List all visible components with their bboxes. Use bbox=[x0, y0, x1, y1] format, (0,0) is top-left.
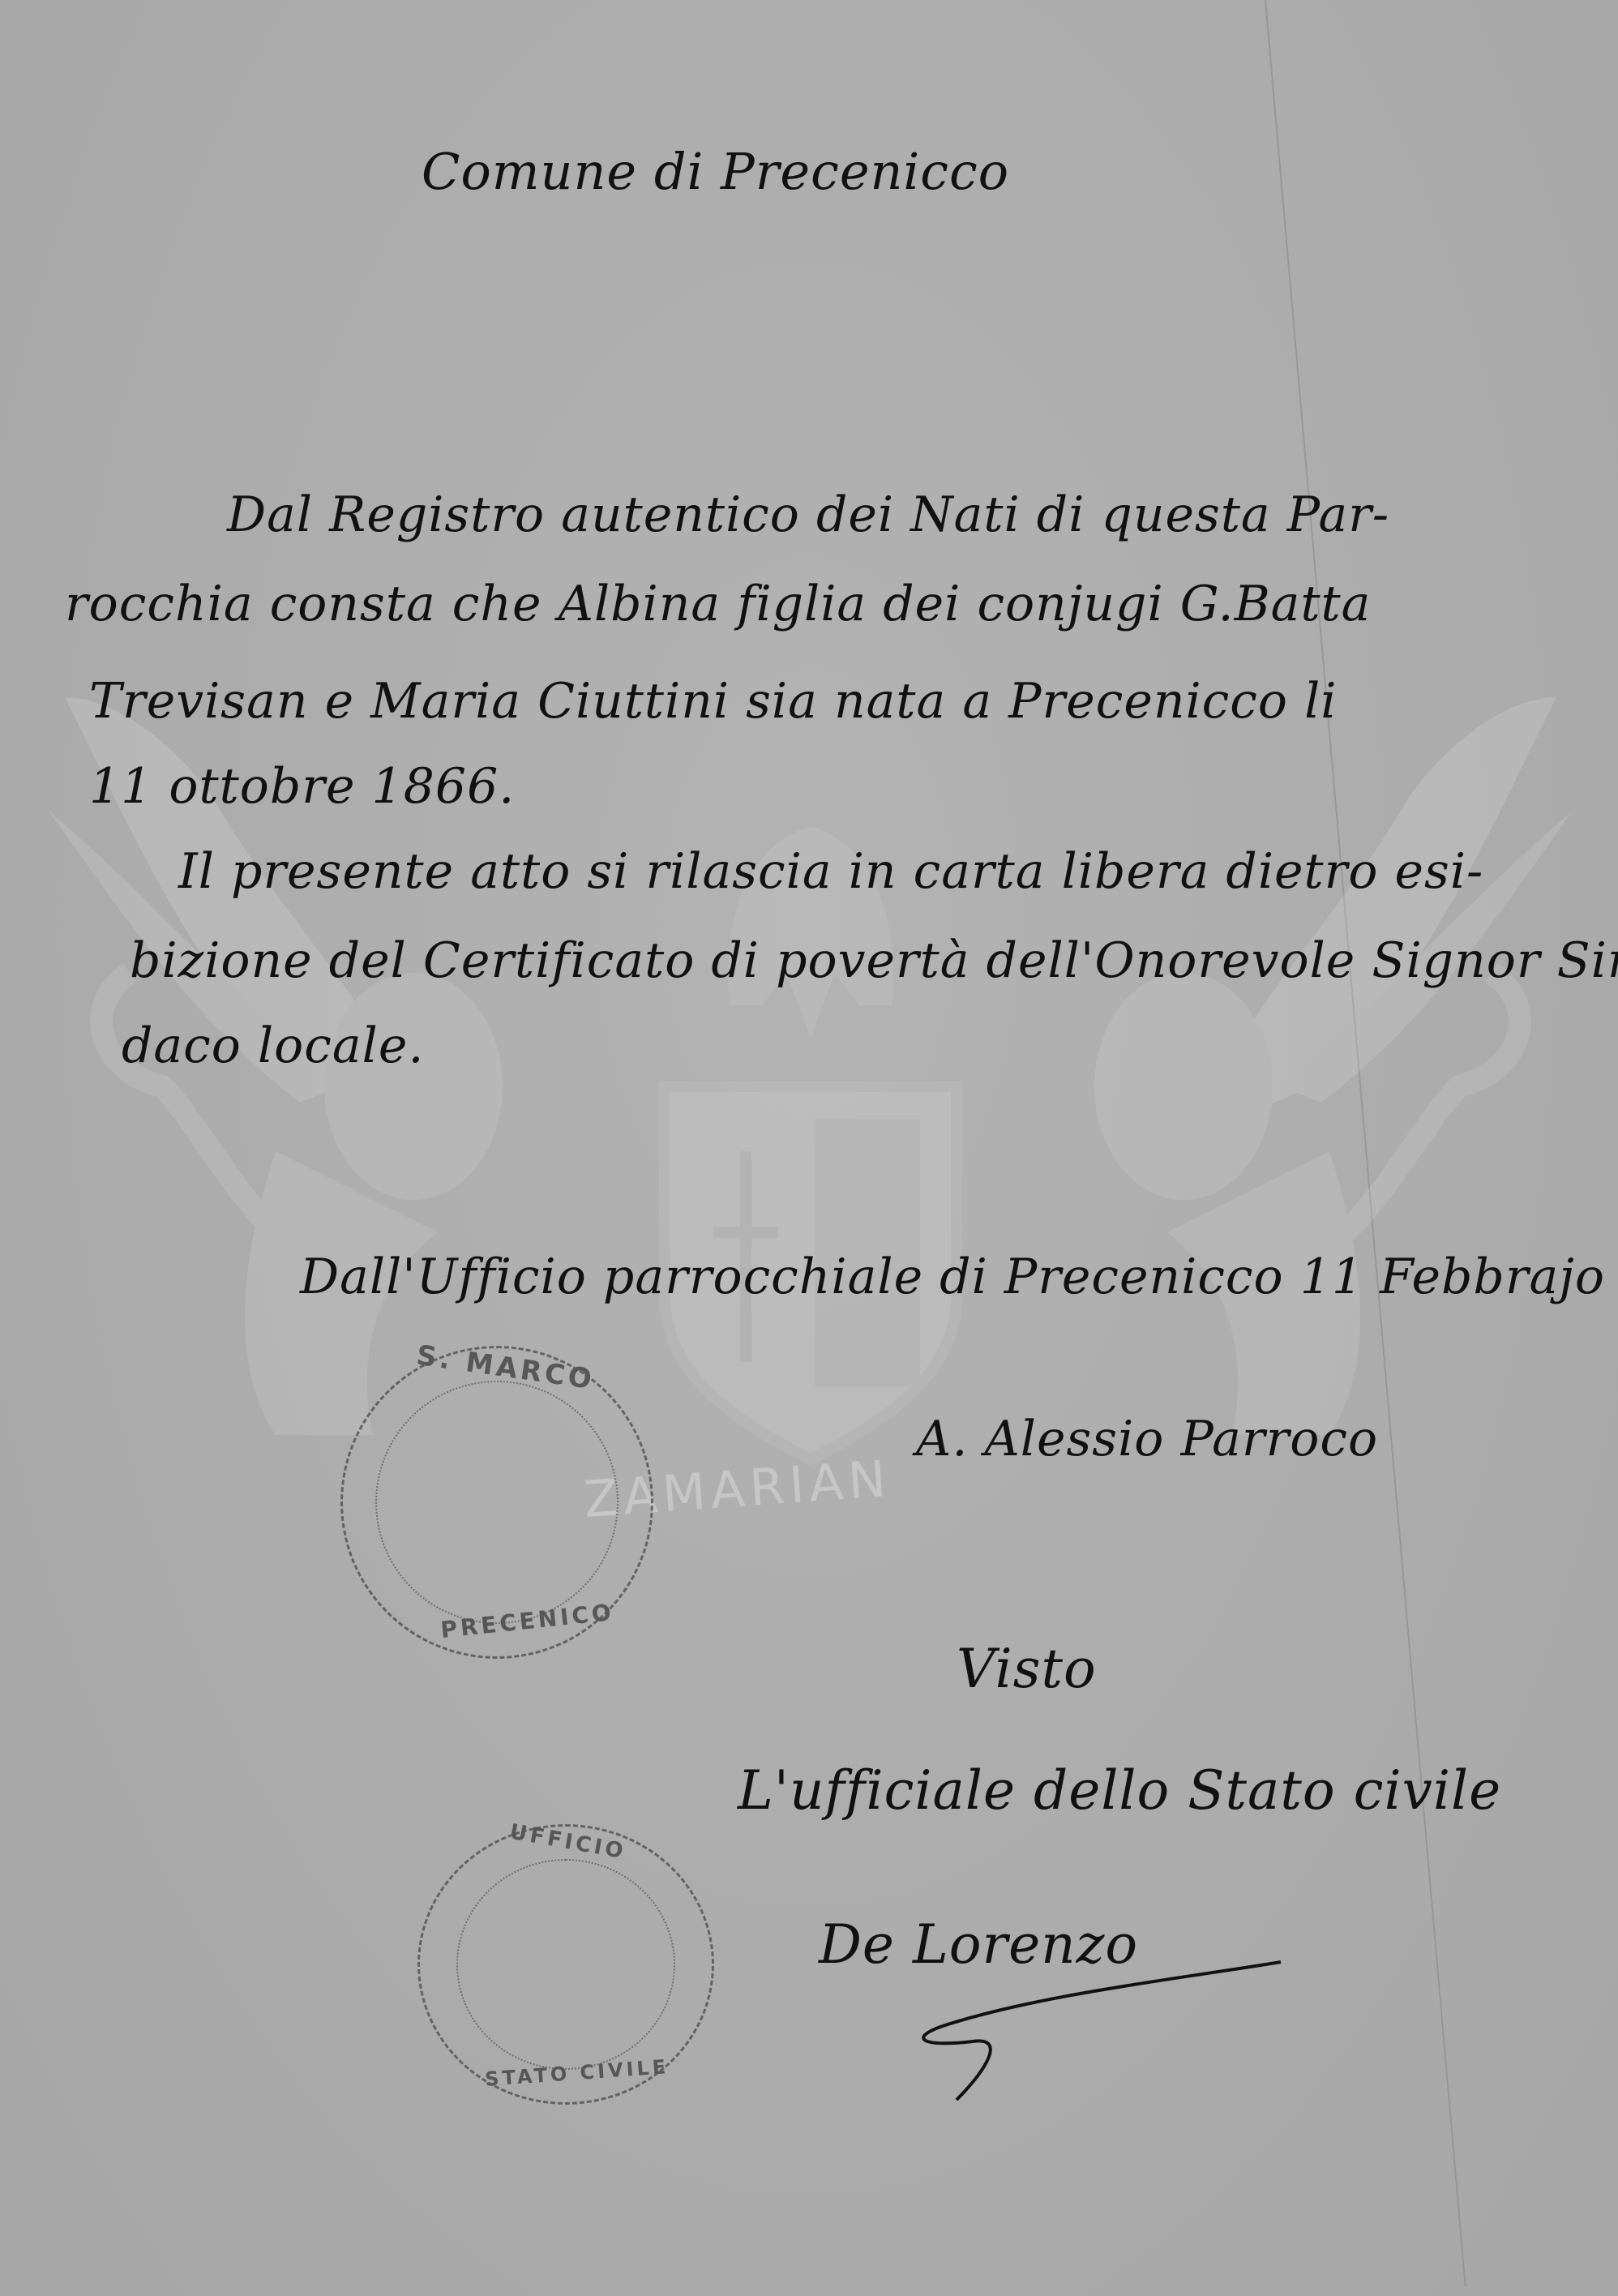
place-and-date: Dall'Ufficio parrocchiale di Precenicco … bbox=[300, 1249, 1618, 1305]
official-title: L'ufficiale dello Stato civile bbox=[738, 1759, 1501, 1822]
body-line-7: daco locale. bbox=[122, 1017, 424, 1074]
civil-registry-stamp: UFFICIO STATO CIVILE bbox=[417, 1824, 714, 2105]
body-line-5: Il presente atto si rilascia in carta li… bbox=[178, 843, 1483, 900]
body-line-1: Dal Registro autentico dei Nati di quest… bbox=[227, 486, 1389, 543]
parish-stamp: S. MARCO PRECENICO bbox=[340, 1346, 653, 1659]
document-heading: Comune di Precenicco bbox=[422, 142, 1009, 201]
visto-label: Visto bbox=[957, 1638, 1097, 1700]
body-line-4: 11 ottobre 1866. bbox=[89, 758, 515, 815]
body-line-6: bizione del Certificato di povertà dell'… bbox=[130, 932, 1618, 989]
body-line-3: Trevisan e Maria Ciuttini sia nata a Pre… bbox=[89, 673, 1337, 730]
body-line-2: rocchia consta che Albina figlia dei con… bbox=[65, 576, 1371, 632]
signature-flourish-icon bbox=[875, 1946, 1297, 2108]
priest-signature: A. Alessio Parroco bbox=[916, 1411, 1378, 1467]
parish-stamp-inner-ring bbox=[375, 1381, 619, 1624]
civil-stamp-inner-ring bbox=[456, 1859, 675, 2070]
paper-background bbox=[0, 0, 1618, 2296]
